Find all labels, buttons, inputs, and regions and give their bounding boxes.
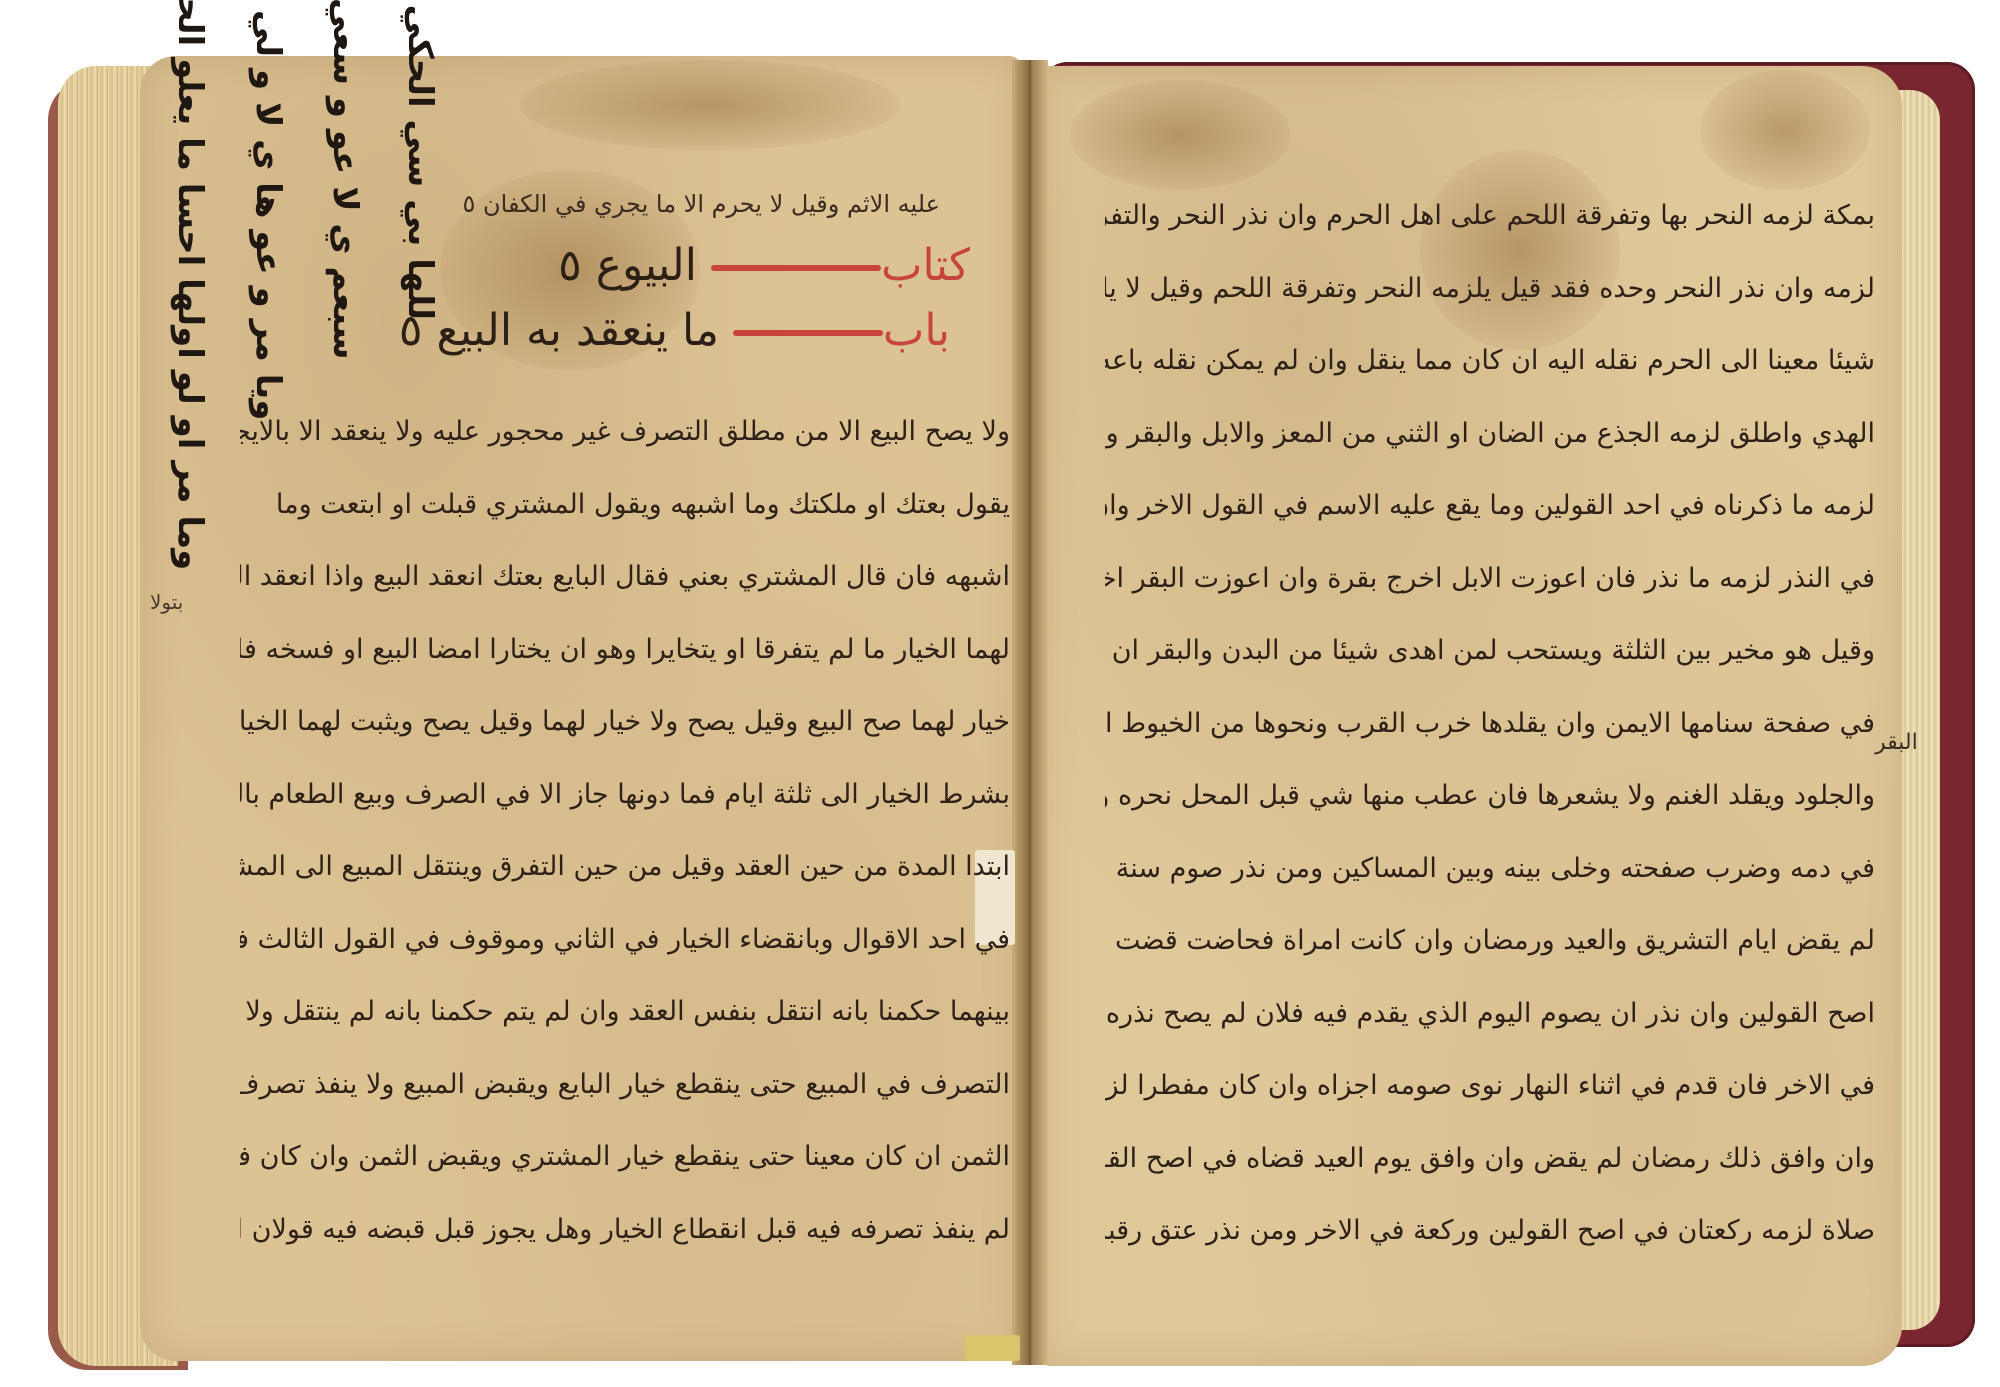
text-line: خيار لهما صح البيع وقيل يصح ولا خيار لهم… — [240, 686, 1010, 759]
bookmark-ribbon — [965, 1335, 1020, 1361]
open-manuscript: وما مر او لو اولها احسا ما يعلو الحا ٥ و… — [0, 0, 2000, 1387]
book-title-heading: كتاب البيوع ٥ — [490, 240, 970, 291]
water-stain — [520, 60, 900, 150]
text-line: يقول بعتك او ملكتك وما اشبهه ويقول المشت… — [240, 469, 1010, 542]
rubric-stroke — [733, 330, 883, 336]
text-line: في النذر لزمه ما نذر فان اعوزت الابل اخر… — [1105, 543, 1875, 616]
text-line: بينهما حكمنا بانه انتقل بنفس العقد وان ل… — [240, 976, 1010, 1049]
book-gutter — [1012, 60, 1048, 1365]
text-line: لزمه وان نذر النحر وحده فقد قيل يلزمه ال… — [1105, 253, 1875, 326]
text-line: في احد الاقوال وبانقضاء الخيار في الثاني… — [240, 904, 1010, 977]
rubric-kitab: كتاب — [881, 240, 970, 291]
chapter-heading: باب ما ينعقد به البيع ٥ — [390, 305, 950, 356]
rubric-bab: باب — [883, 305, 950, 356]
text-line: لهما الخيار ما لم يتفرقا او يتخايرا وهو … — [240, 614, 1010, 687]
right-page-body: بمكة لزمه النحر بها وتفرقة اللحم على اهل… — [1105, 180, 1875, 1268]
title-text: البيوع ٥ — [558, 240, 697, 291]
text-line: الهدي واطلق لزمه الجذع من الضان او الثني… — [1105, 398, 1875, 471]
text-line: وقيل هو مخير بين الثلثة ويستحب لمن اهدى … — [1105, 615, 1875, 688]
text-line: في الاخر فان قدم في اثناء النهار نوى صوم… — [1105, 1050, 1875, 1123]
margin-note-right: البقر — [1875, 730, 1918, 755]
text-line: اصح القولين وان نذر ان يصوم اليوم الذي ي… — [1105, 978, 1875, 1051]
text-line: بشرط الخيار الى ثلثة ايام فما دونها جاز … — [240, 759, 1010, 832]
margin-note: سبعم ي لا عو و سعي — [325, 60, 365, 360]
chapter-text: ما ينعقد به البيع ٥ — [399, 305, 719, 356]
text-line: في صفحة سنامها الايمن وان يقلدها خرب الق… — [1105, 688, 1875, 761]
text-line: الثمن ان كان معينا حتى ينقطع خيار المشتر… — [240, 1121, 1010, 1194]
water-stain — [1700, 70, 1870, 190]
text-line: ابتدا المدة من حين العقد وقيل من حين الت… — [240, 831, 1010, 904]
text-line: التصرف في المبيع حتى ينقطع خيار البايع و… — [240, 1049, 1010, 1122]
text-line: صلاة لزمه ركعتان في اصح القولين وركعة في… — [1105, 1195, 1875, 1268]
text-line: بمكة لزمه النحر بها وتفرقة اللحم على اهل… — [1105, 180, 1875, 253]
text-line: اشبهه فان قال المشتري بعني فقال البايع ب… — [240, 541, 1010, 614]
water-stain — [1070, 80, 1290, 190]
text-line: شيئا معينا الى الحرم نقله اليه ان كان مم… — [1105, 325, 1875, 398]
margin-note: ويا مر و عو ها ي لا و لي — [248, 90, 288, 420]
text-line: لم ينفذ تصرفه فيه قبل انقطاع الخيار وهل … — [240, 1194, 1010, 1267]
margin-note: وما مر او لو اولها احسا ما يعلو الحا ٥ — [170, 100, 210, 570]
text-line: وان وافق ذلك رمضان لم يقض وان وافق يوم ا… — [1105, 1123, 1875, 1196]
rubric-stroke — [711, 265, 881, 271]
text-line: في دمه وضرب صفحته وخلى بينه وبين المساكي… — [1105, 833, 1875, 906]
text-line: لزمه ما ذكرناه في احد القولين وما يقع عل… — [1105, 470, 1875, 543]
text-line: لم يقض ايام التشريق والعيد ورمضان وان كا… — [1105, 905, 1875, 978]
left-page-body: ولا يصح البيع الا من مطلق التصرف غير محج… — [240, 396, 1010, 1266]
text-line: والجلود ويقلد الغنم ولا يشعرها فان عطب م… — [1105, 760, 1875, 833]
text-line: ولا يصح البيع الا من مطلق التصرف غير محج… — [240, 396, 1010, 469]
margin-note: للها بي سي الحكي ٥ — [400, 50, 440, 320]
margin-note-small: بتولا — [150, 590, 183, 614]
header-line: عليه الاثم وقيل لا يحرم الا ما يجري في ا… — [470, 190, 940, 218]
